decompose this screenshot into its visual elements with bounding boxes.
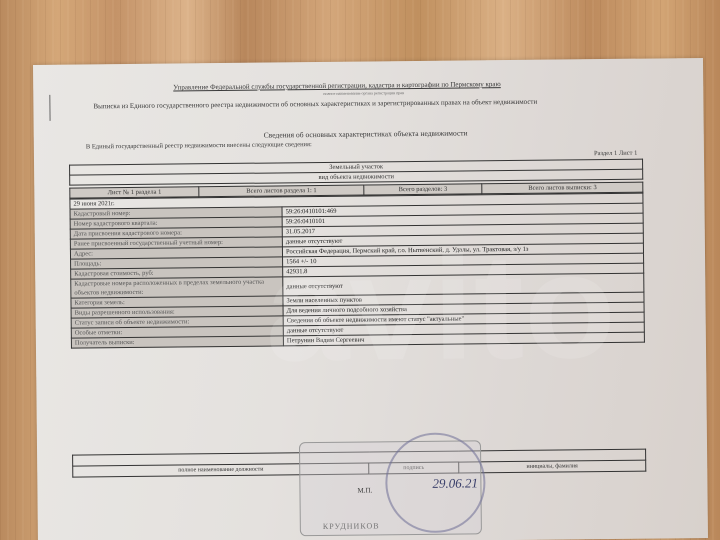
extract-title: Выписка из Единого государственного реес…	[93, 98, 537, 111]
name-label: инициалы, фамилия	[458, 460, 645, 473]
row-label: Получатель выписки:	[71, 336, 283, 348]
row-label: Кадастровые номера расположенных в преде…	[71, 277, 283, 298]
section-title: Сведения об основных характеристиках объ…	[264, 128, 468, 139]
stamp-name: КРУДНИКОВ	[323, 521, 380, 531]
meta-cell: Лист № 1 раздела 1	[70, 187, 199, 198]
intro-text: В Единый государственный реестр недвижим…	[86, 141, 312, 150]
handwritten-signature: 29.06.21	[432, 475, 478, 491]
authority-caption: полное наименование органа регистрации п…	[323, 90, 404, 96]
margin-line	[49, 95, 50, 121]
meta-cell: Всего разделов: 3	[364, 184, 482, 195]
seal-label: М.П.	[357, 486, 372, 494]
document-sheet: Управление Федеральной службы государств…	[33, 58, 708, 540]
avito-watermark: avito	[265, 219, 617, 396]
section-page: Раздел 1 Лист 1	[594, 150, 637, 157]
